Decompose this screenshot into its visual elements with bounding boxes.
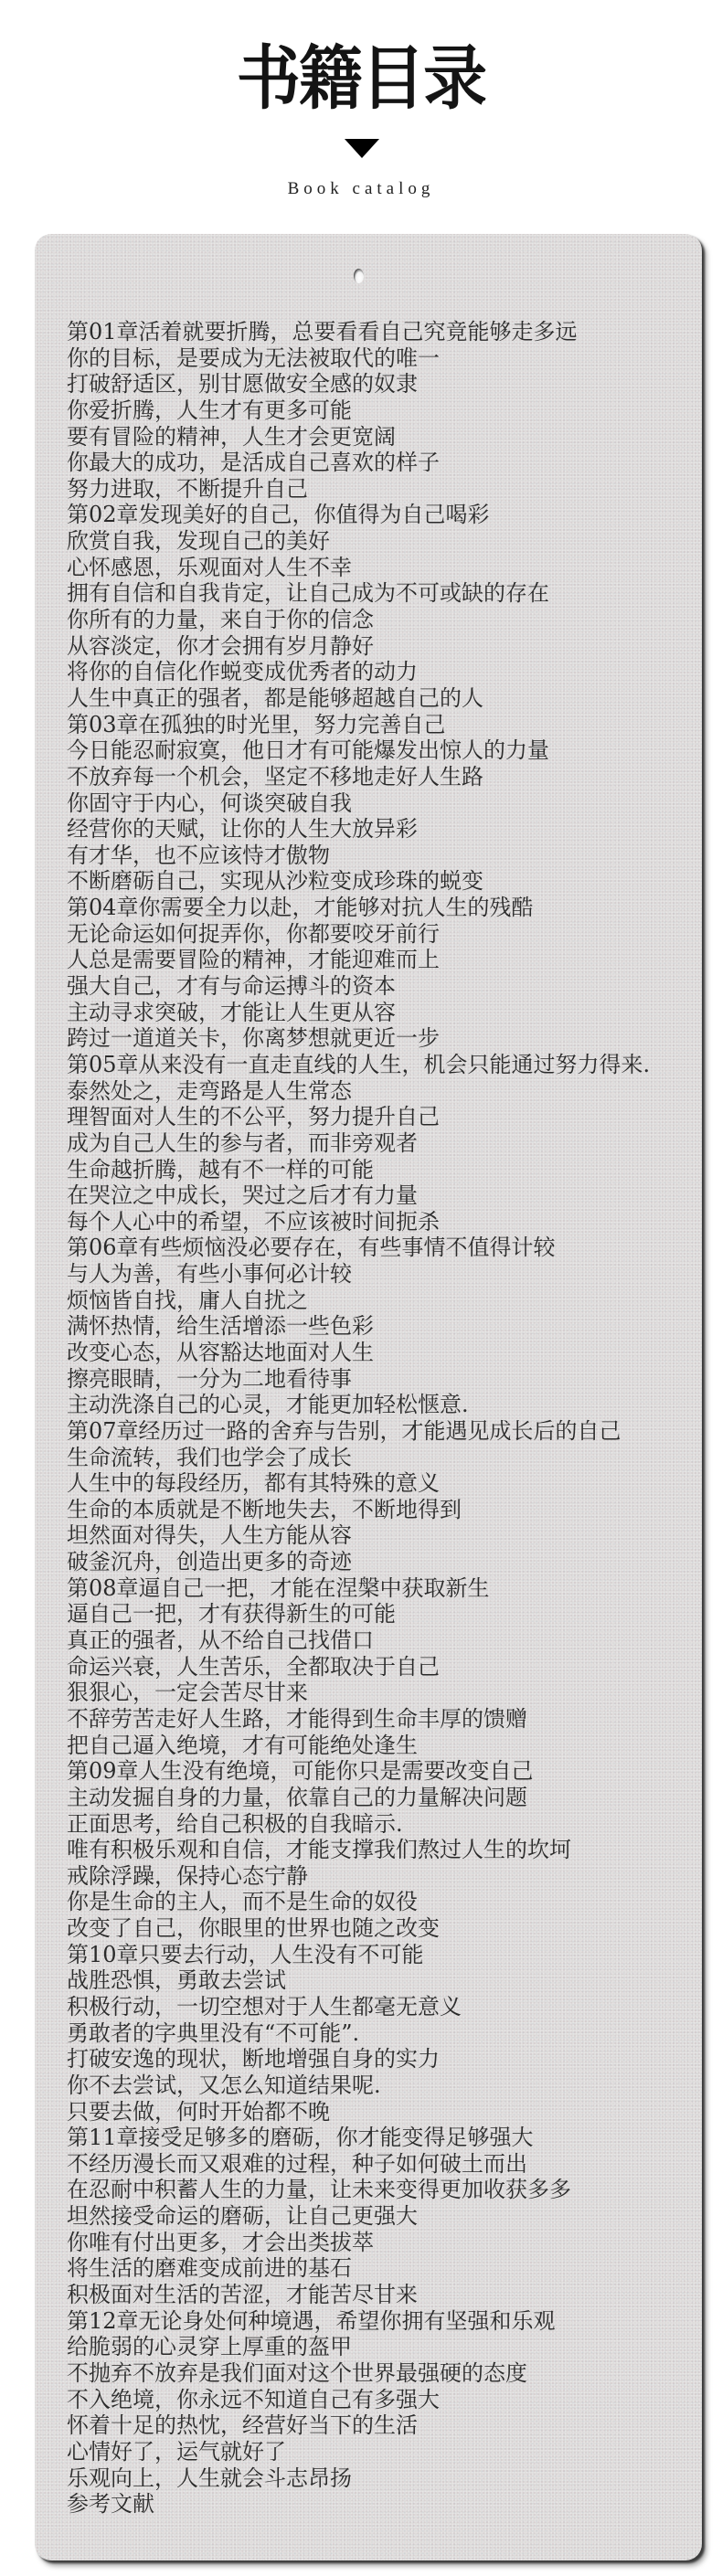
list-item: 人生中真正的强者，都是能够超越自己的人 (67, 685, 684, 712)
list-item: 烦恼皆自找，庸人自扰之 (67, 1288, 684, 1314)
page-title: 书籍目录 (29, 37, 694, 121)
list-item: 你不去尝试，又怎么知道结果呢. (67, 2072, 684, 2099)
list-item: 主动洗涤自己的心灵，才能更加轻松惬意. (67, 1392, 684, 1418)
list-item: 唯有积极乐观和自信，才能支撑我们熬过人生的坎坷 (67, 1837, 684, 1863)
chapter-heading: 第07章经历过一路的舍弃与告别，才能遇见成长后的自己 (67, 1418, 684, 1445)
list-item: 无论命运如何捉弄你，你都要咬牙前行 (67, 921, 684, 948)
chapter-heading: 第11章接受足够多的磨砺，你才能变得足够强大 (67, 2125, 684, 2151)
list-item: 理智面对人生的不公平，努力提升自己 (67, 1104, 684, 1130)
list-item: 不放弃每一个机会，坚定不移地走好人生路 (67, 764, 684, 790)
chapter-heading: 第09章人生没有绝境，可能你只是需要改变自己 (67, 1758, 684, 1785)
list-item: 跨过一道道关卡，你离梦想就更近一步 (67, 1025, 684, 1052)
list-item: 正面思考，给自己积极的自我暗示. (67, 1811, 684, 1838)
list-item: 你的目标，是要成为无法被取代的唯一 (67, 345, 684, 372)
list-item: 勇敢者的字典里没有“不可能”. (67, 2020, 684, 2047)
list-item: 将生活的磨难变成前进的基石 (67, 2255, 684, 2282)
list-item: 生命的本质就是不断地失去，不断地得到 (67, 1497, 684, 1523)
list-item: 你唯有付出更多，才会出类拔萃 (67, 2230, 684, 2256)
hang-hole-icon (354, 269, 364, 283)
list-item: 心怀感恩，乐观面对人生不幸 (67, 555, 684, 581)
list-item: 坦然接受命运的磨砺，让自己更强大 (67, 2203, 684, 2230)
list-item: 在哭泣之中成长，哭过之后才有力量 (67, 1182, 684, 1209)
list-item: 与人为善，有些小事何必计较 (67, 1261, 684, 1288)
list-item: 改变了自己，你眼里的世界也随之改变 (67, 1915, 684, 1942)
list-item: 命运兴衰，人生苦乐，全都取决于自己 (67, 1654, 684, 1680)
chapter-heading: 第01章活着就要折腾，总要看看自己究竟能够走多远 (67, 319, 684, 345)
list-item: 心情好了，运气就好了 (67, 2439, 684, 2465)
list-item: 成为自己人生的参与者，而非旁观者 (67, 1130, 684, 1157)
list-item: 从容淡定，你才会拥有岁月静好 (67, 633, 684, 660)
list-item: 你最大的成功，是活成自己喜欢的样子 (67, 450, 684, 476)
list-item: 改变心态，从容豁达地面对人生 (67, 1340, 684, 1366)
list-item: 将你的自信化作蜕变成优秀者的动力 (67, 659, 684, 685)
list-item: 你所有的力量，来自于你的信念 (67, 607, 684, 633)
list-item: 打破舒适区，别甘愿做安全感的奴隶 (67, 371, 684, 398)
list-item: 生命流转，我们也学会了成长 (67, 1445, 684, 1471)
list-item: 不入绝境，你永远不知道自己有多强大 (67, 2387, 684, 2413)
list-item: 战胜恐惧，勇敢去尝试 (67, 1967, 684, 1994)
chapter-heading: 第03章在孤独的时光里，努力完善自己 (67, 712, 684, 738)
list-item: 只要去做，何时开始都不晚 (67, 2099, 684, 2125)
list-item: 给脆弱的心灵穿上厚重的盔甲 (67, 2334, 684, 2360)
list-item: 逼自己一把，才有获得新生的可能 (67, 1601, 684, 1627)
list-item: 戒除浮躁，保持心态宁静 (67, 1863, 684, 1890)
chapter-heading: 第04章你需要全力以赴，才能够对抗人生的残酷 (67, 895, 684, 921)
list-item: 欣赏自我，发现自己的美好 (67, 528, 684, 555)
list-item: 泰然处之，走弯路是人生常态 (67, 1078, 684, 1105)
list-item: 不经历漫长而又艰难的过程，种子如何破土而出 (67, 2151, 684, 2178)
list-item: 你爱折腾，人生才有更多可能 (67, 398, 684, 424)
list-item: 狠狠心，一定会苦尽甘来 (67, 1680, 684, 1706)
chapter-heading: 第08章逼自己一把，才能在涅槃中获取新生 (67, 1575, 684, 1602)
list-item: 努力进取，不断提升自己 (67, 476, 684, 503)
list-item: 不辞劳苦走好人生路，才能得到生命丰厚的馈赠 (67, 1706, 684, 1733)
list-item: 人生中的每段经历，都有其特殊的意义 (67, 1470, 684, 1497)
list-item: 经营你的天赋，让你的人生大放异彩 (67, 816, 684, 843)
list-item: 乐观向上，人生就会斗志昂扬 (67, 2465, 684, 2492)
list-item: 坦然面对得失，人生方能从容 (67, 1522, 684, 1549)
chapter-heading: 第06章有些烦恼没必要存在，有些事情不值得计较 (67, 1235, 684, 1261)
chapter-heading: 第02章发现美好的自己，你值得为自己喝彩 (67, 502, 684, 528)
list-item: 把自己逼入绝境，才有可能绝处逢生 (67, 1733, 684, 1759)
list-item: 主动发掘自身的力量，依靠自己的力量解决问题 (67, 1785, 684, 1811)
list-item: 真正的强者，从不给自己找借口 (67, 1627, 684, 1654)
list-item: 不抛弃不放弃是我们面对这个世界最强硬的态度 (67, 2360, 684, 2387)
list-item: 拥有自信和自我肯定，让自己成为不可或缺的存在 (67, 580, 684, 607)
list-item: 打破安逸的现状，断地增强自身的实力 (67, 2046, 684, 2072)
list-item: 今日能忍耐寂寞，他日才有可能爆发出惊人的力量 (67, 737, 684, 764)
list-item: 你是生命的主人，而不是生命的奴役 (67, 1889, 684, 1915)
list-item: 你固守于内心，何谈突破自我 (67, 790, 684, 817)
chapter-heading: 第12章无论身处何种境遇，希望你拥有坚强和乐观 (67, 2308, 684, 2335)
list-item: 强大自己，才有与命运搏斗的资本 (67, 973, 684, 1000)
list-item: 破釜沉舟，创造出更多的奇迹 (67, 1549, 684, 1575)
list-item: 人总是需要冒险的精神，才能迎难而上 (67, 947, 684, 973)
catalog-list: 第01章活着就要折腾，总要看看自己究竟能够走多远你的目标，是要成为无法被取代的唯… (67, 319, 684, 2518)
list-item: 擦亮眼睛，一分为二地看待事 (67, 1366, 684, 1393)
list-item: 有才华，也不应该恃才傲物 (67, 843, 684, 869)
list-item: 生命越折腾，越有不一样的可能 (67, 1157, 684, 1183)
list-item: 主动寻求突破，才能让人生更从容 (67, 1000, 684, 1026)
down-triangle-icon (345, 139, 379, 158)
list-item: 每个人心中的希望，不应该被时间扼杀 (67, 1209, 684, 1235)
list-item: 参考文献 (67, 2491, 684, 2518)
chapter-heading: 第05章从来没有一直走直线的人生，机会只能通过努力得来. (67, 1052, 684, 1078)
list-item: 怀着十足的热忱，经营好当下的生活 (67, 2412, 684, 2439)
list-item: 要有冒险的精神，人生才会更宽阔 (67, 424, 684, 451)
list-item: 在忍耐中积蓄人生的力量，让未来变得更加收获多多 (67, 2177, 684, 2203)
catalog-card: 第01章活着就要折腾，总要看看自己究竟能够走多远你的目标，是要成为无法被取代的唯… (35, 234, 702, 2560)
page-subtitle: Book catalog (0, 179, 722, 199)
list-item: 积极面对生活的苦涩，才能苦尽甘来 (67, 2282, 684, 2308)
list-item: 不断磨砺自己，实现从沙粒变成珍珠的蜕变 (67, 868, 684, 895)
list-item: 满怀热情，给生活增添一些色彩 (67, 1313, 684, 1340)
list-item: 积极行动，一切空想对于人生都毫无意义 (67, 1994, 684, 2020)
chapter-heading: 第10章只要去行动，人生没有不可能 (67, 1942, 684, 1968)
